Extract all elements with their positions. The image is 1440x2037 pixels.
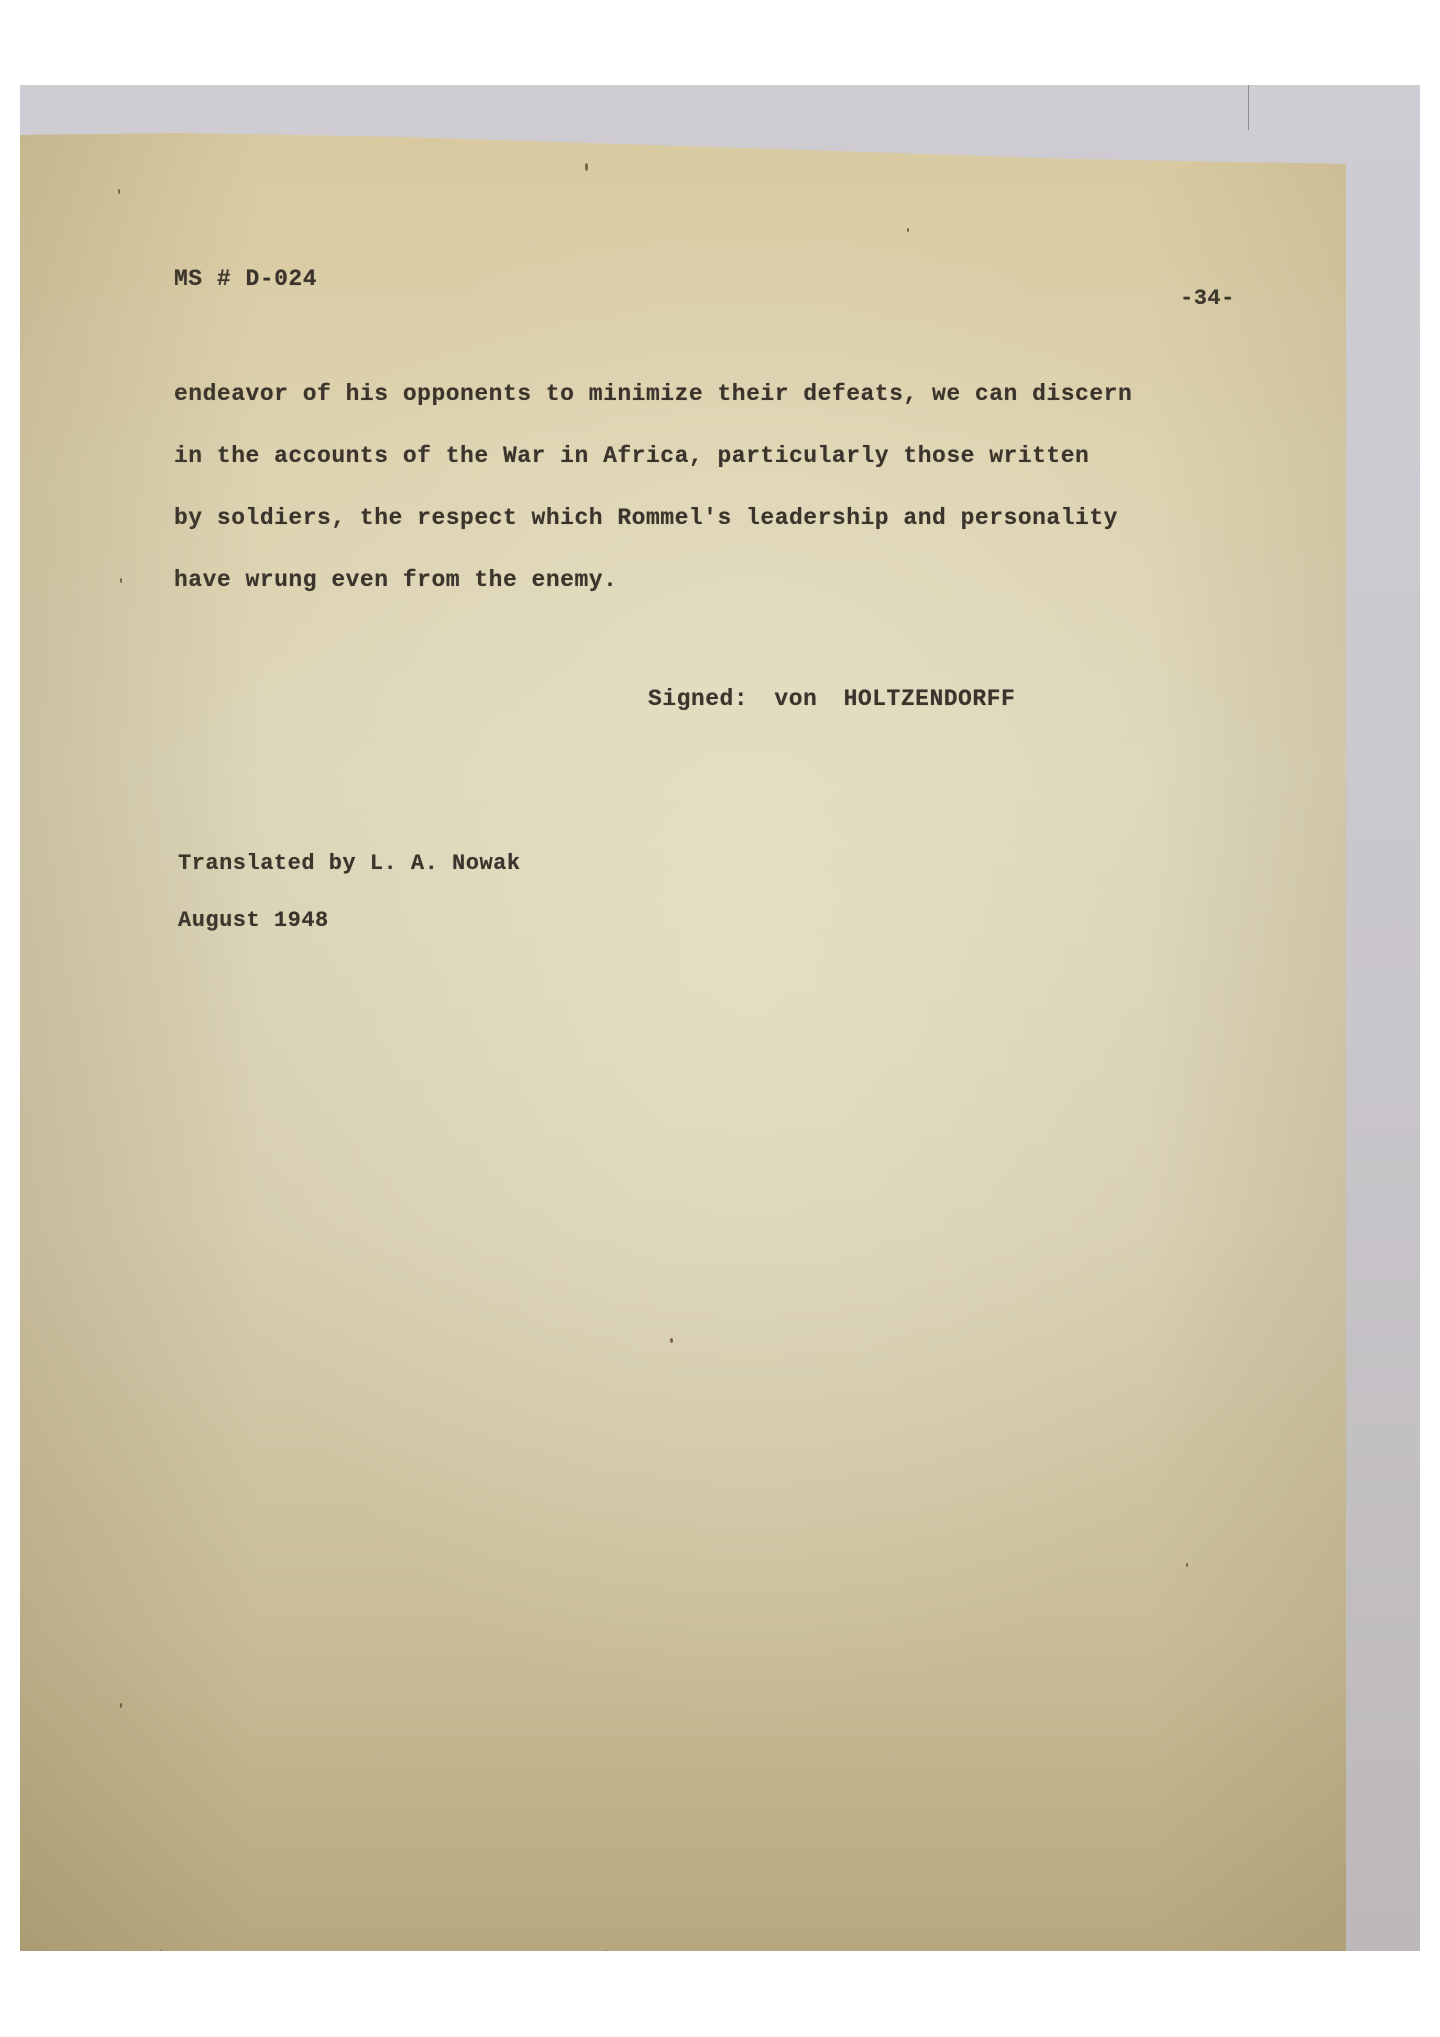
- body-line: endeavor of his opponents to minimize th…: [174, 363, 1132, 425]
- body-paragraph: endeavor of his opponents to minimize th…: [174, 363, 1132, 611]
- page-number: -34-: [1180, 286, 1235, 311]
- translation-date: August 1948: [178, 908, 329, 933]
- paper-speck: [1186, 1563, 1188, 1567]
- translator-credit: Translated by L. A. Nowak: [178, 851, 521, 876]
- paper-speck: [585, 163, 588, 171]
- body-line: by soldiers, the respect which Rommel's …: [174, 487, 1132, 549]
- paper-speck: [118, 189, 120, 194]
- manuscript-id: MS # D-024: [174, 266, 317, 292]
- body-line: have wrung even from the enemy.: [174, 549, 1132, 611]
- signature-line: Signed: von HOLTZENDORFF: [648, 686, 1015, 712]
- paper-speck: [120, 578, 122, 583]
- body-line: in the accounts of the War in Africa, pa…: [174, 425, 1132, 487]
- paper-speck: [160, 1950, 162, 1951]
- paper-speck: [120, 1703, 122, 1708]
- paper-speck: [605, 1950, 607, 1951]
- document-photo: MS # D-024 -34- endeavor of his opponent…: [20, 85, 1420, 1951]
- paper-speck: [907, 228, 909, 232]
- paper-speck: [670, 1338, 673, 1343]
- typewritten-page: MS # D-024 -34- endeavor of his opponent…: [20, 133, 1346, 1951]
